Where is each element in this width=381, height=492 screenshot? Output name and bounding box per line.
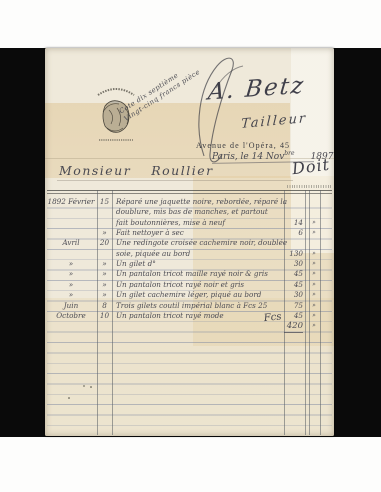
cell-date: » [47, 269, 95, 279]
ledger-row: »»Un pantalon tricot maille rayé noir & … [45, 269, 334, 279]
cell-francs [284, 197, 303, 207]
cell-day [98, 249, 111, 259]
cell-francs: 45 [284, 280, 303, 290]
cell-description: Un pantalon tricot rayé noir et gris [116, 280, 282, 290]
cell-centimes: » [308, 249, 320, 259]
ledger-row: »Fait nettoyer à sec6» [45, 228, 334, 238]
table-top-rule [47, 190, 332, 191]
ledger-row: Juin8Trois gilets coutil impérial blanc … [45, 301, 334, 311]
doit-label: Doit [291, 155, 331, 178]
cell-francs: 130 [284, 249, 303, 259]
cell-centimes: » [308, 290, 320, 300]
cell-description: fait boutonnières, mise à neuf [116, 218, 282, 228]
cell-date: Avril [47, 238, 95, 248]
cell-day: » [98, 228, 111, 238]
cell-francs [284, 207, 303, 217]
ledger-row: »»Un gilet cachemire léger, piqué au bor… [45, 290, 334, 300]
cell-description: Fait nettoyer à sec [116, 228, 282, 238]
cell-day: 20 [98, 238, 111, 248]
cell-centimes: » [308, 269, 320, 279]
client-name: Roullier [151, 163, 213, 178]
cell-date [47, 218, 95, 228]
ledger-total-row: Fcs420» [45, 321, 334, 331]
cell-francs: 30 [284, 290, 303, 300]
photo-of-invoice: Cote dix septième Vingt-cinq francs pièc… [0, 0, 381, 492]
ledger-row: Octobre10Un pantalon tricot rayé mode45» [45, 311, 334, 321]
cell-date: » [47, 259, 95, 269]
invoice-document: Cote dix septième Vingt-cinq francs pièc… [45, 48, 334, 436]
ledger-row: 1892 Février15Réparé une jaquette noire,… [45, 197, 334, 207]
cell-date: Juin [47, 301, 95, 311]
cell-date: 1892 Février [47, 197, 95, 207]
company-address: Avenue de l'Opéra, 45 [196, 141, 290, 150]
cell-date: » [47, 280, 95, 290]
cell-day [98, 207, 111, 217]
dateline-city: Paris, le 14 Nov [212, 152, 284, 162]
ledger-row: »»Un gilet d°30» [45, 259, 334, 269]
cell-description: Un gilet d° [116, 259, 282, 269]
cell-centimes [308, 197, 320, 207]
ledger-row: fait boutonnières, mise à neuf14» [45, 218, 334, 228]
cell-centimes: » [308, 218, 320, 228]
cell-francs [284, 238, 303, 248]
cell-centimes: » [308, 259, 320, 269]
cell-francs: 45 [284, 269, 303, 279]
cell-day: 8 [98, 301, 111, 311]
ledger-row: doublure, mis bas de manches, et partout [45, 207, 334, 217]
cell-date [47, 249, 95, 259]
ink-speck [68, 397, 70, 399]
cell-description: doublure, mis bas de manches, et partout [116, 207, 282, 217]
cell-francs: 45 [284, 311, 303, 321]
salutation-title: Monsieur [59, 163, 131, 178]
cell-date: » [47, 290, 95, 300]
cell-francs: 14 [284, 218, 303, 228]
dateline-superscript: bre [284, 150, 294, 157]
cell-centimes [308, 207, 320, 217]
cell-day: » [98, 269, 111, 279]
ledger-row: Avril20Une redingote croisée cachemire n… [45, 238, 334, 248]
cell-description: Une redingote croisée cachemire noir, do… [116, 238, 282, 248]
cell-francs: 6 [284, 228, 303, 238]
cell-centimes [308, 238, 320, 248]
salutation-underline [57, 180, 293, 181]
company-profession: Tailleur [241, 111, 308, 132]
cell-francs: 75 [284, 301, 303, 311]
cell-francs: 30 [284, 259, 303, 269]
ledger-row: soie, piquée au bord130» [45, 249, 334, 259]
cell-description: Réparé une jaquette noire, rebordée, rép… [116, 197, 282, 207]
company-name: A. Betz [207, 72, 307, 105]
cell-day [98, 218, 111, 228]
fine-print [287, 185, 331, 188]
cell-francs: 420 [284, 321, 303, 332]
cell-day: » [98, 259, 111, 269]
cell-description: Un gilet cachemire léger, piqué au bord [116, 290, 282, 300]
cell-date [47, 321, 95, 331]
cell-day: » [98, 290, 111, 300]
cell-centimes: » [308, 301, 320, 311]
cell-description: soie, piquée au bord [116, 249, 282, 259]
cell-description: Un pantalon tricot maille rayé noir & gr… [116, 269, 282, 279]
cell-day: 15 [98, 197, 111, 207]
cell-day [98, 321, 111, 331]
ledger-row: »»Un pantalon tricot rayé noir et gris45… [45, 280, 334, 290]
cell-day: 10 [98, 311, 111, 321]
cell-centimes: » [308, 228, 320, 238]
cell-centimes: » [308, 280, 320, 290]
cell-description: Trois gilets coutil impérial blanc à Fcs… [116, 301, 282, 311]
cell-date: Octobre [47, 311, 95, 321]
cell-date [47, 207, 95, 217]
ink-speck [90, 386, 92, 388]
salutation-line: MonsieurRoullier [59, 163, 214, 178]
cell-centimes: » [308, 311, 320, 321]
cell-day: » [98, 280, 111, 290]
cell-centimes: » [308, 321, 320, 331]
ink-speck [83, 385, 85, 387]
table-top-rule-2 [47, 193, 332, 194]
cell-date [47, 228, 95, 238]
